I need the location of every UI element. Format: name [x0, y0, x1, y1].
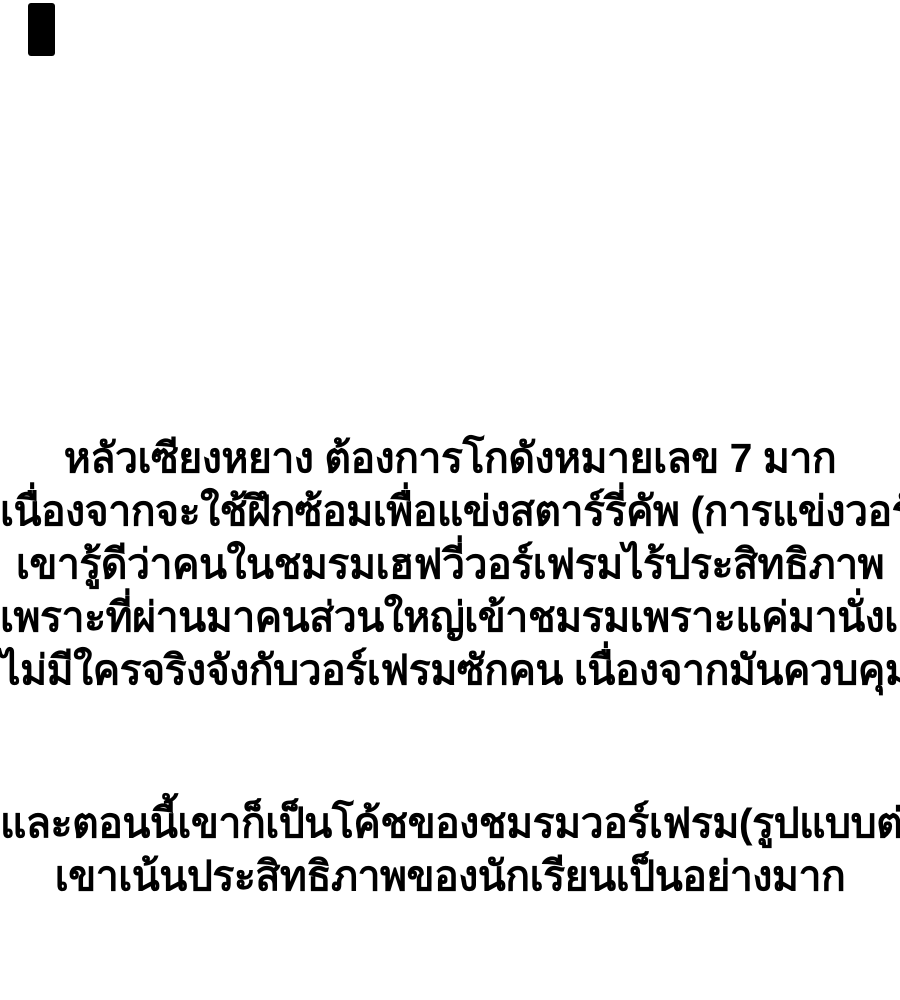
narration-line-2: เนื่องจากจะใช้ฝึกซ้อมเพื่อแข่งสตาร์รี่คั… [0, 485, 900, 538]
narration-paragraph-2: และตอนนี้เขาก็เป็นโค้ชของชมรมวอร์เฟรม(รู… [0, 797, 900, 903]
narration-line-1: หลัวเซียงหยาง ต้องการโกดังหมายเลข 7 มาก [0, 432, 900, 485]
narration-line-7: เขาเน้นประสิทธิภาพของนักเรียนเป็นอย่างมา… [0, 850, 900, 903]
page-corner-mark [28, 3, 55, 56]
narration-line-6: และตอนนี้เขาก็เป็นโค้ชของชมรมวอร์เฟรม(รู… [0, 797, 900, 850]
comic-page: หลัวเซียงหยาง ต้องการโกดังหมายเลข 7 มาก … [0, 0, 900, 1000]
narration-line-3: เขารู้ดีว่าคนในชมรมเฮฟวี่วอร์เฟรมไร้ประส… [0, 538, 900, 591]
narration-line-4: เพราะที่ผ่านมาคนส่วนใหญ่เข้าชมรมเพราะแค่… [0, 591, 900, 644]
narration-line-5: ไม่มีใครจริงจังกับวอร์เฟรมซักคน เนื่องจา… [0, 644, 900, 697]
narration-paragraph-1: หลัวเซียงหยาง ต้องการโกดังหมายเลข 7 มาก … [0, 432, 900, 697]
